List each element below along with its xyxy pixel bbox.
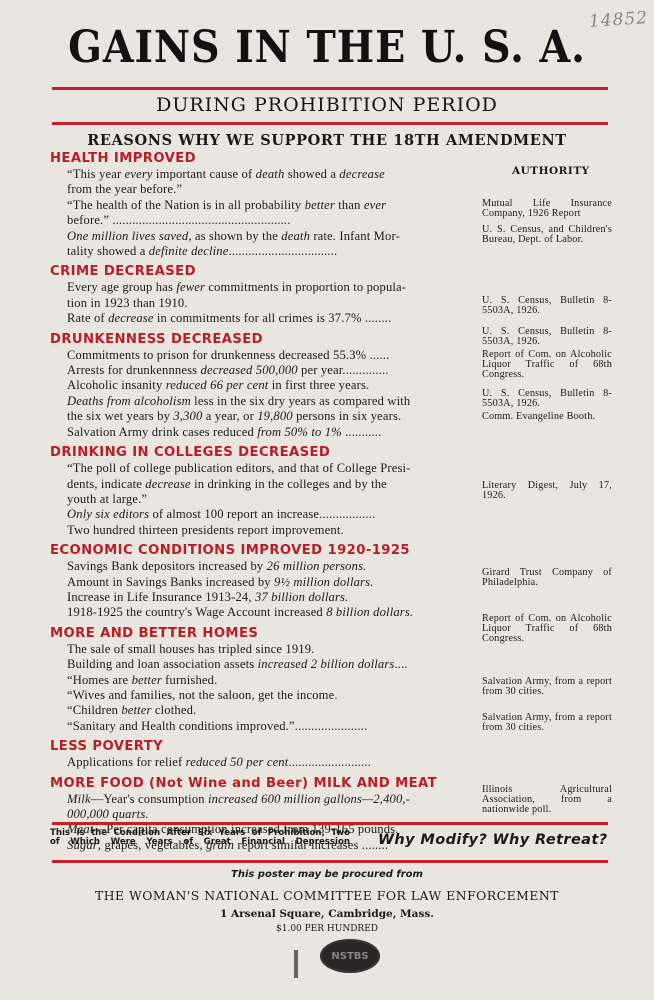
divider-rule xyxy=(52,87,608,90)
page-title: GAINS IN THE U. S. A. xyxy=(33,22,622,73)
text-line: Savings Bank depositors increased by 26 … xyxy=(67,559,464,574)
text-line: Two hundred thirteen presidents report i… xyxy=(67,523,464,538)
divider-rule xyxy=(52,860,608,863)
text-line: “Wives and families, not the saloon, get… xyxy=(67,688,464,703)
text-line: Arrests for drunkennness decreased 500,0… xyxy=(67,363,464,378)
section-heading: MORE FOOD (Not Wine and Beer) MILK AND M… xyxy=(50,775,464,792)
text-line: before.” ...............................… xyxy=(67,213,464,228)
text-line: Increase in Life Insurance 1913-24, 37 b… xyxy=(67,590,464,605)
section-heading: ECONOMIC CONDITIONS IMPROVED 1920-1925 xyxy=(50,542,464,559)
why-modify-slogan: Why Modify? Why Retreat? xyxy=(378,832,608,848)
sections-column: HEALTH IMPROVED“This year every importan… xyxy=(50,150,464,857)
section-body: Commitments to prison for drunkenness de… xyxy=(50,348,464,440)
authority-citation: Salvation Army, from a report from 30 ci… xyxy=(482,713,612,733)
price: $1.00 PER HUNDRED xyxy=(0,924,654,934)
authority-citation: Report of Com. on Alcoholic Liquor Traff… xyxy=(482,350,612,380)
text-line: Rate of decrease in commitments for all … xyxy=(67,311,464,326)
procured-note: This poster may be procured from xyxy=(0,869,654,880)
authority-citation: Report of Com. on Alcoholic Liquor Traff… xyxy=(482,614,612,644)
condition-note: This is the Condition After Six Years of… xyxy=(50,829,350,847)
address: 1 Arsenal Square, Cambridge, Mass. xyxy=(0,908,654,920)
section-body: “This year every important cause of deat… xyxy=(50,167,464,259)
authority-citation: U. S. Census, Bulletin 8-5503A, 1926. xyxy=(482,296,612,316)
text-line: the six wet years by 3,300 a year, or 19… xyxy=(67,409,464,424)
authority-citation: Salvation Army, from a report from 30 ci… xyxy=(482,677,612,697)
text-line: Only six editors of almost 100 report an… xyxy=(67,507,464,522)
text-line: The sale of small houses has tripled sin… xyxy=(67,642,464,657)
text-line: “Children better clothed. xyxy=(67,703,464,718)
text-line: One million lives saved, as shown by the… xyxy=(67,229,464,244)
section-heading: DRUNKENNESS DECREASED xyxy=(50,331,464,348)
authority-citation: Illinois Agricultural Association, from … xyxy=(482,785,612,815)
library-stamp-icon: NSTBS xyxy=(320,939,380,973)
text-line: “Homes are better furnished. xyxy=(67,673,464,688)
condition-line: of Which Were Years of Great Financial D… xyxy=(50,838,350,847)
text-line: Applications for relief reduced 50 per c… xyxy=(67,755,464,770)
text-line: Amount in Savings Banks increased by 9½ … xyxy=(67,575,464,590)
authority-heading: AUTHORITY xyxy=(512,165,590,177)
authority-citation: U. S. Census, Bulletin 8-5503A, 1926. xyxy=(482,327,612,347)
section-heading: DRINKING IN COLLEGES DECREASED xyxy=(50,444,464,461)
text-line: Alcoholic insanity reduced 66 per cent i… xyxy=(67,378,464,393)
text-line: Deaths from alcoholism less in the six d… xyxy=(67,394,464,409)
section-body: Every age group has fewer commitments in… xyxy=(50,280,464,326)
text-line: tion in 1923 than 1910. xyxy=(67,296,464,311)
text-line: tality showed a definite decline........… xyxy=(67,244,464,259)
divider-rule xyxy=(52,822,608,825)
reasons-heading: REASONS WHY WE SUPPORT THE 18TH AMENDMEN… xyxy=(0,132,654,149)
section-heading: HEALTH IMPROVED xyxy=(50,150,464,167)
text-line: Salvation Army drink cases reduced from … xyxy=(67,425,464,440)
text-line: “Sanitary and Health conditions improved… xyxy=(67,719,464,734)
section-heading: MORE AND BETTER HOMES xyxy=(50,625,464,642)
text-line: 000,000 quarts. xyxy=(67,807,464,822)
ink-mark xyxy=(294,950,298,978)
text-line: “The poll of college publication editors… xyxy=(67,461,464,476)
authority-citation: Comm. Evangeline Booth. xyxy=(482,412,612,422)
committee-name: THE WOMAN'S NATIONAL COMMITTEE FOR LAW E… xyxy=(0,888,654,903)
section-body: “The poll of college publication editors… xyxy=(50,461,464,538)
authority-citation: U. S. Census, and Children's Bureau, Dep… xyxy=(482,225,612,245)
page-subtitle: DURING PROHIBITION PERIOD xyxy=(0,94,654,116)
section-body: Applications for relief reduced 50 per c… xyxy=(50,755,464,770)
text-line: “The health of the Nation is in all prob… xyxy=(67,198,464,213)
authority-citation: Mutual Life Insurance Company, 1926 Repo… xyxy=(482,199,612,219)
section-heading: CRIME DECREASED xyxy=(50,263,464,280)
text-line: dents, indicate decrease in drinking in … xyxy=(67,477,464,492)
poster: 14852 GAINS IN THE U. S. A. DURING PROHI… xyxy=(0,0,654,1000)
text-line: Every age group has fewer commitments in… xyxy=(67,280,464,295)
text-line: Building and loan association assets inc… xyxy=(67,657,464,672)
authority-citation: Girard Trust Company of Philadelphia. xyxy=(482,568,612,588)
text-line: 1918-1925 the country's Wage Account inc… xyxy=(67,605,464,620)
divider-rule xyxy=(52,122,608,125)
text-line: Commitments to prison for drunkenness de… xyxy=(67,348,464,363)
authority-citation: U. S. Census, Bulletin 8-5503A, 1926. xyxy=(482,389,612,409)
section-body: The sale of small houses has tripled sin… xyxy=(50,642,464,734)
text-line: youth at large.” xyxy=(67,492,464,507)
section-body: Savings Bank depositors increased by 26 … xyxy=(50,559,464,621)
text-line: “This year every important cause of deat… xyxy=(67,167,464,182)
text-line: from the year before.” xyxy=(67,182,464,197)
authority-citation: Literary Digest, July 17, 1926. xyxy=(482,481,612,501)
text-line: Milk—Year's consumption increased 600 mi… xyxy=(67,792,464,807)
section-heading: LESS POVERTY xyxy=(50,738,464,755)
